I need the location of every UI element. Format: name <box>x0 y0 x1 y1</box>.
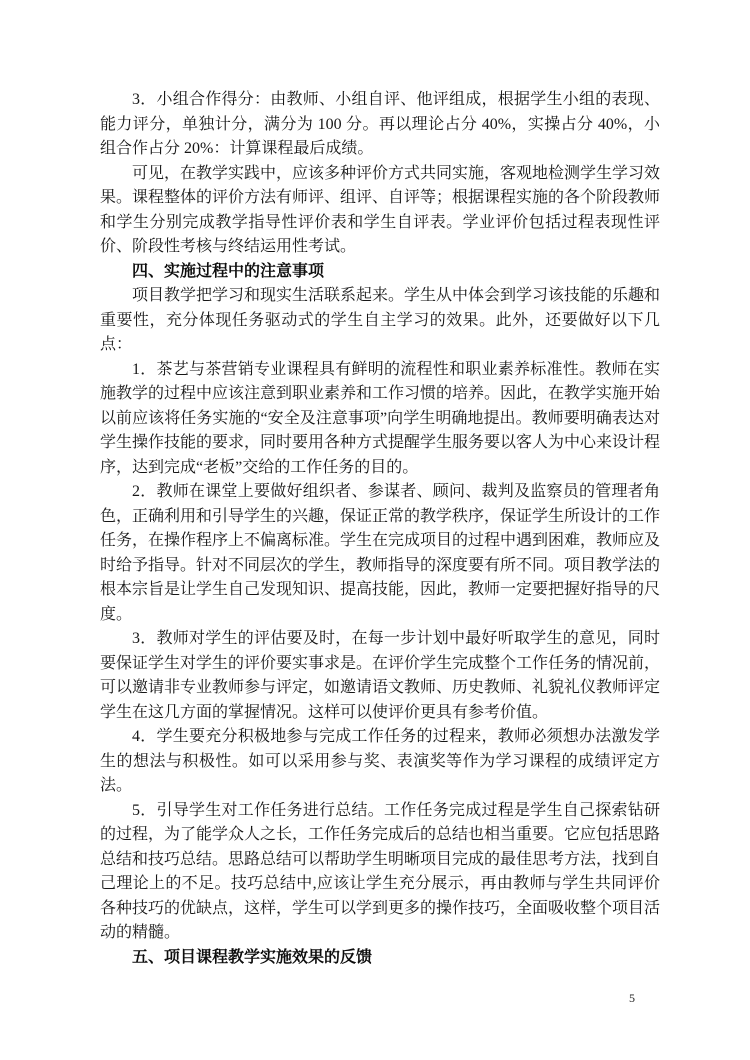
document-page: 3．小组合作得分：由教师、小组自评、他评组成，根据学生小组的表现、能力评分，单独… <box>0 0 750 1060</box>
paragraph-point-5: 5．引导学生对工作任务进行总结。工作任务完成过程是学生自己探索钻研的过程，为了能… <box>100 799 660 946</box>
section-heading-5: 五、项目课程教学实施效果的反馈 <box>100 946 660 971</box>
paragraph-group-score: 3．小组合作得分：由教师、小组自评、他评组成，根据学生小组的表现、能力评分，单独… <box>100 88 660 162</box>
paragraph-point-1: 1．茶艺与茶营销专业课程具有鲜明的流程性和职业素养标准性。教师在实施教学的过程中… <box>100 358 660 481</box>
paragraph-point-4: 4．学生要充分积极地参与完成工作任务的过程来，教师必须想办法激发学生的想法与积极… <box>100 725 660 799</box>
paragraph-evaluation-summary: 可见，在教学实践中，应该多种评价方式共同实施，客观地检测学生学习效果。课程整体的… <box>100 162 660 260</box>
section-heading-4: 四、实施过程中的注意事项 <box>100 260 660 285</box>
paragraph-point-3: 3．教师对学生的评估要及时，在每一步计划中最好听取学生的意见，同时要保证学生对学… <box>100 627 660 725</box>
paragraph-point-2: 2．教师在课堂上要做好组织者、参谋者、顾问、裁判及监察员的管理者角色，正确利用和… <box>100 480 660 627</box>
page-number: 5 <box>608 991 656 1005</box>
document-body: 3．小组合作得分：由教师、小组自评、他评组成，根据学生小组的表现、能力评分，单独… <box>100 88 660 970</box>
paragraph-section4-intro: 项目教学把学习和现实生活联系起来。学生从中体会到学习该技能的乐趣和重要性，充分体… <box>100 284 660 358</box>
